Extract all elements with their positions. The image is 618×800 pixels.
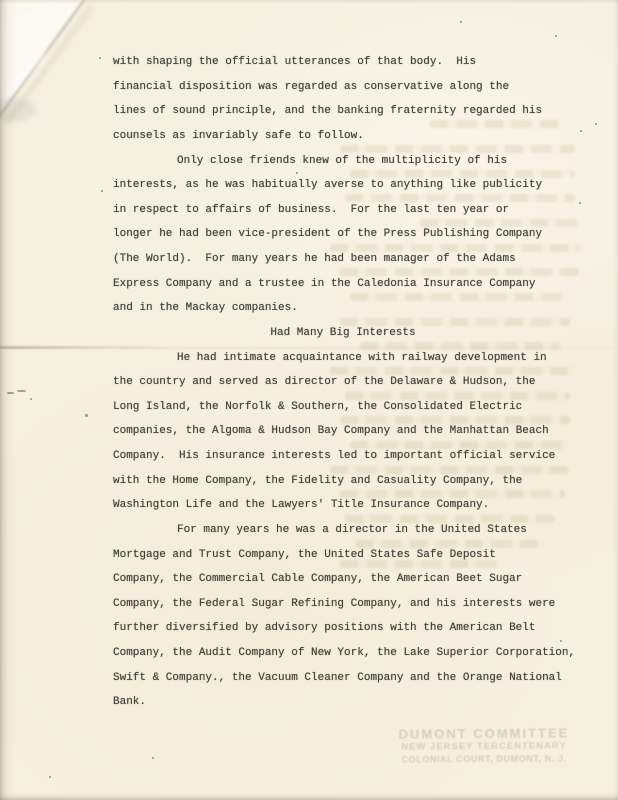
text-line: For many years he was a director in the … [113, 518, 583, 543]
dust-speck [7, 392, 14, 394]
text-line: the country and served as director of th… [113, 370, 583, 395]
page-edge-shadow-bottom [0, 793, 618, 800]
dust-speck [555, 35, 557, 37]
dust-speck [460, 21, 462, 23]
text-line: with the Home Company, the Fidelity and … [113, 469, 583, 494]
dust-speck [595, 123, 597, 125]
dust-speck [30, 398, 32, 400]
dust-speck [152, 757, 154, 759]
stamp-line-3: COLONIAL COURT, DUMONT, N. J. [378, 752, 590, 765]
text-line: further diversified by advisory position… [113, 616, 583, 641]
text-line: companies, the Algoma & Hudson Bay Compa… [113, 419, 583, 444]
scanned-document-page: with shaping the official utterances of … [0, 0, 618, 800]
text-line: Company, the Audit Company of New York, … [113, 641, 583, 666]
dust-speck [580, 130, 582, 132]
text-line: Express Company and a trustee in the Cal… [113, 272, 583, 297]
dust-speck [560, 640, 562, 642]
text-line: Bank. [113, 690, 583, 715]
stamp: DUMONT COMMITTEE NEW JERSEY TERCENTENARY… [378, 726, 590, 765]
text-line: Swift & Company., the Vacuum Cleaner Com… [113, 666, 583, 691]
dust-speck [296, 172, 298, 174]
text-line: longer he had been vice-president of the… [113, 222, 583, 247]
fold-crease-topleft [0, 0, 220, 200]
dust-speck [101, 190, 103, 192]
section-heading: Had Many Big Interests [113, 321, 583, 346]
text-line: in respect to affairs of business. For t… [113, 198, 583, 223]
text-line: Company, the Commercial Cable Company, t… [113, 567, 583, 592]
page-edge-shadow-top [0, 0, 618, 4]
dust-speck [579, 202, 581, 204]
text-line: Company. His insurance interests led to … [113, 444, 583, 469]
dust-speck [17, 390, 26, 392]
dust-speck [49, 776, 51, 778]
horizontal-crease-faint [120, 347, 618, 349]
dust-speck [99, 57, 101, 59]
text-line: and in the Mackay companies. [113, 296, 583, 321]
page-edge-shadow-left [0, 0, 16, 800]
text-line: He had intimate acquaintance with railwa… [113, 346, 583, 371]
text-line: Company, the Federal Sugar Refining Comp… [113, 592, 583, 617]
stamp-line-1: DUMONT COMMITTEE [378, 726, 590, 741]
text-line: Long Island, the Norfolk & Southern, the… [113, 395, 583, 420]
page-edge-shadow-right [613, 0, 618, 800]
dust-speck [85, 414, 88, 417]
text-line: (The World). For many years he had been … [113, 247, 583, 272]
text-line: Mortgage and Trust Company, the United S… [113, 543, 583, 568]
text-line: Washington Life and the Lawyers' Title I… [113, 493, 583, 518]
